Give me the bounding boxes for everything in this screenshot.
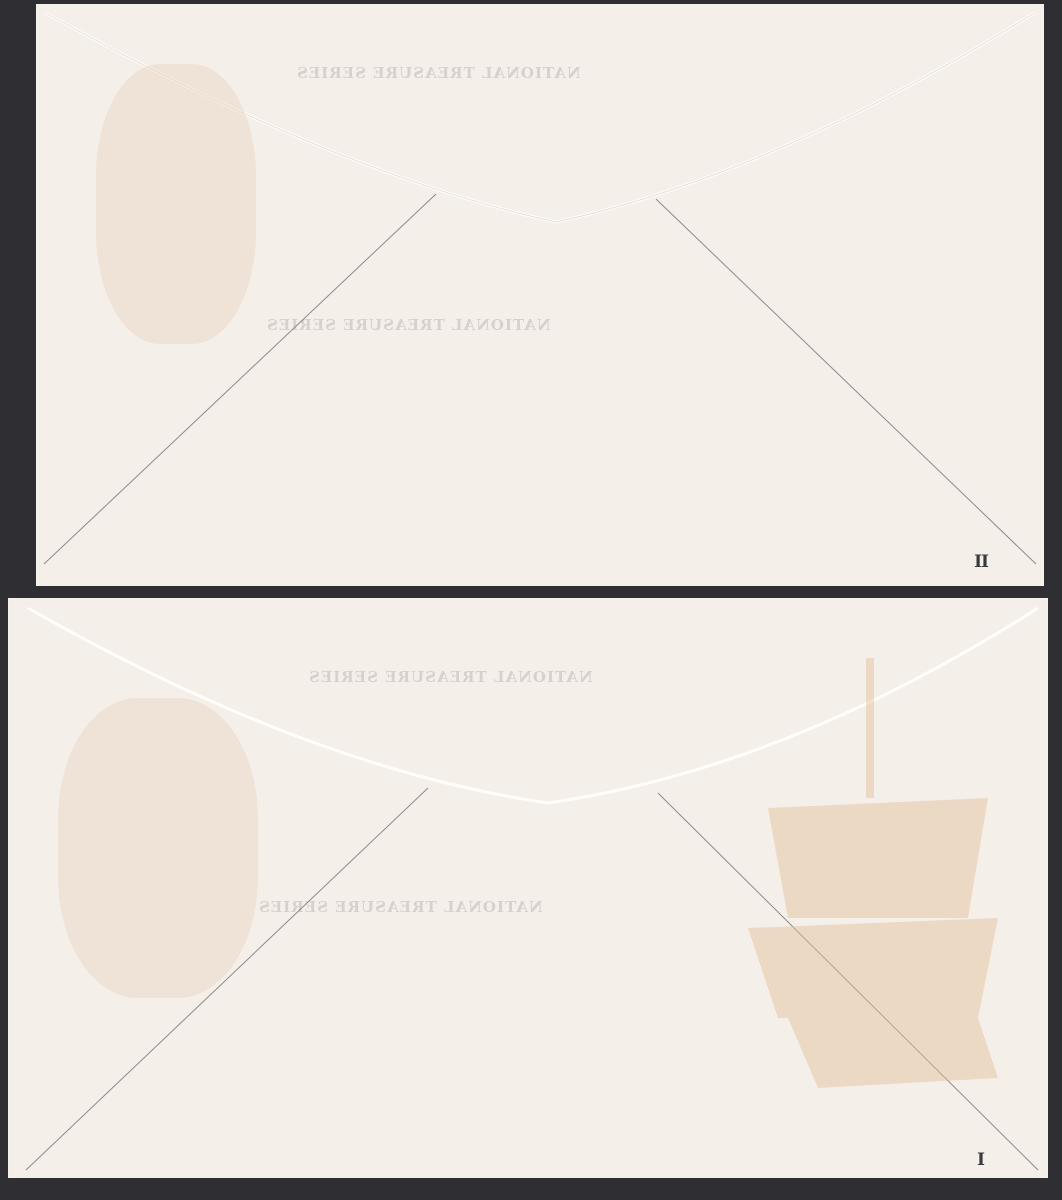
- showthrough-heading-en: NATIONAL TREASURE SERIES: [266, 316, 551, 334]
- pagoda-showthrough-image: [748, 658, 1008, 1098]
- showthrough-heading: NATIONAL TREASURE SERIES: [308, 668, 593, 686]
- showthrough-heading-en: NATIONAL TREASURE SERIES: [258, 898, 543, 916]
- paper-stain: [58, 698, 258, 998]
- corner-marker: I: [977, 1150, 984, 1170]
- corner-marker: II: [974, 552, 988, 572]
- paper-stain: [96, 64, 256, 344]
- envelope-back-top: NATIONAL TREASURE SERIES NATIONAL TREASU…: [36, 4, 1044, 586]
- showthrough-heading: NATIONAL TREASURE SERIES: [296, 64, 581, 82]
- envelope-back-bottom: NATIONAL TREASURE SERIES NATIONAL TREASU…: [8, 598, 1048, 1178]
